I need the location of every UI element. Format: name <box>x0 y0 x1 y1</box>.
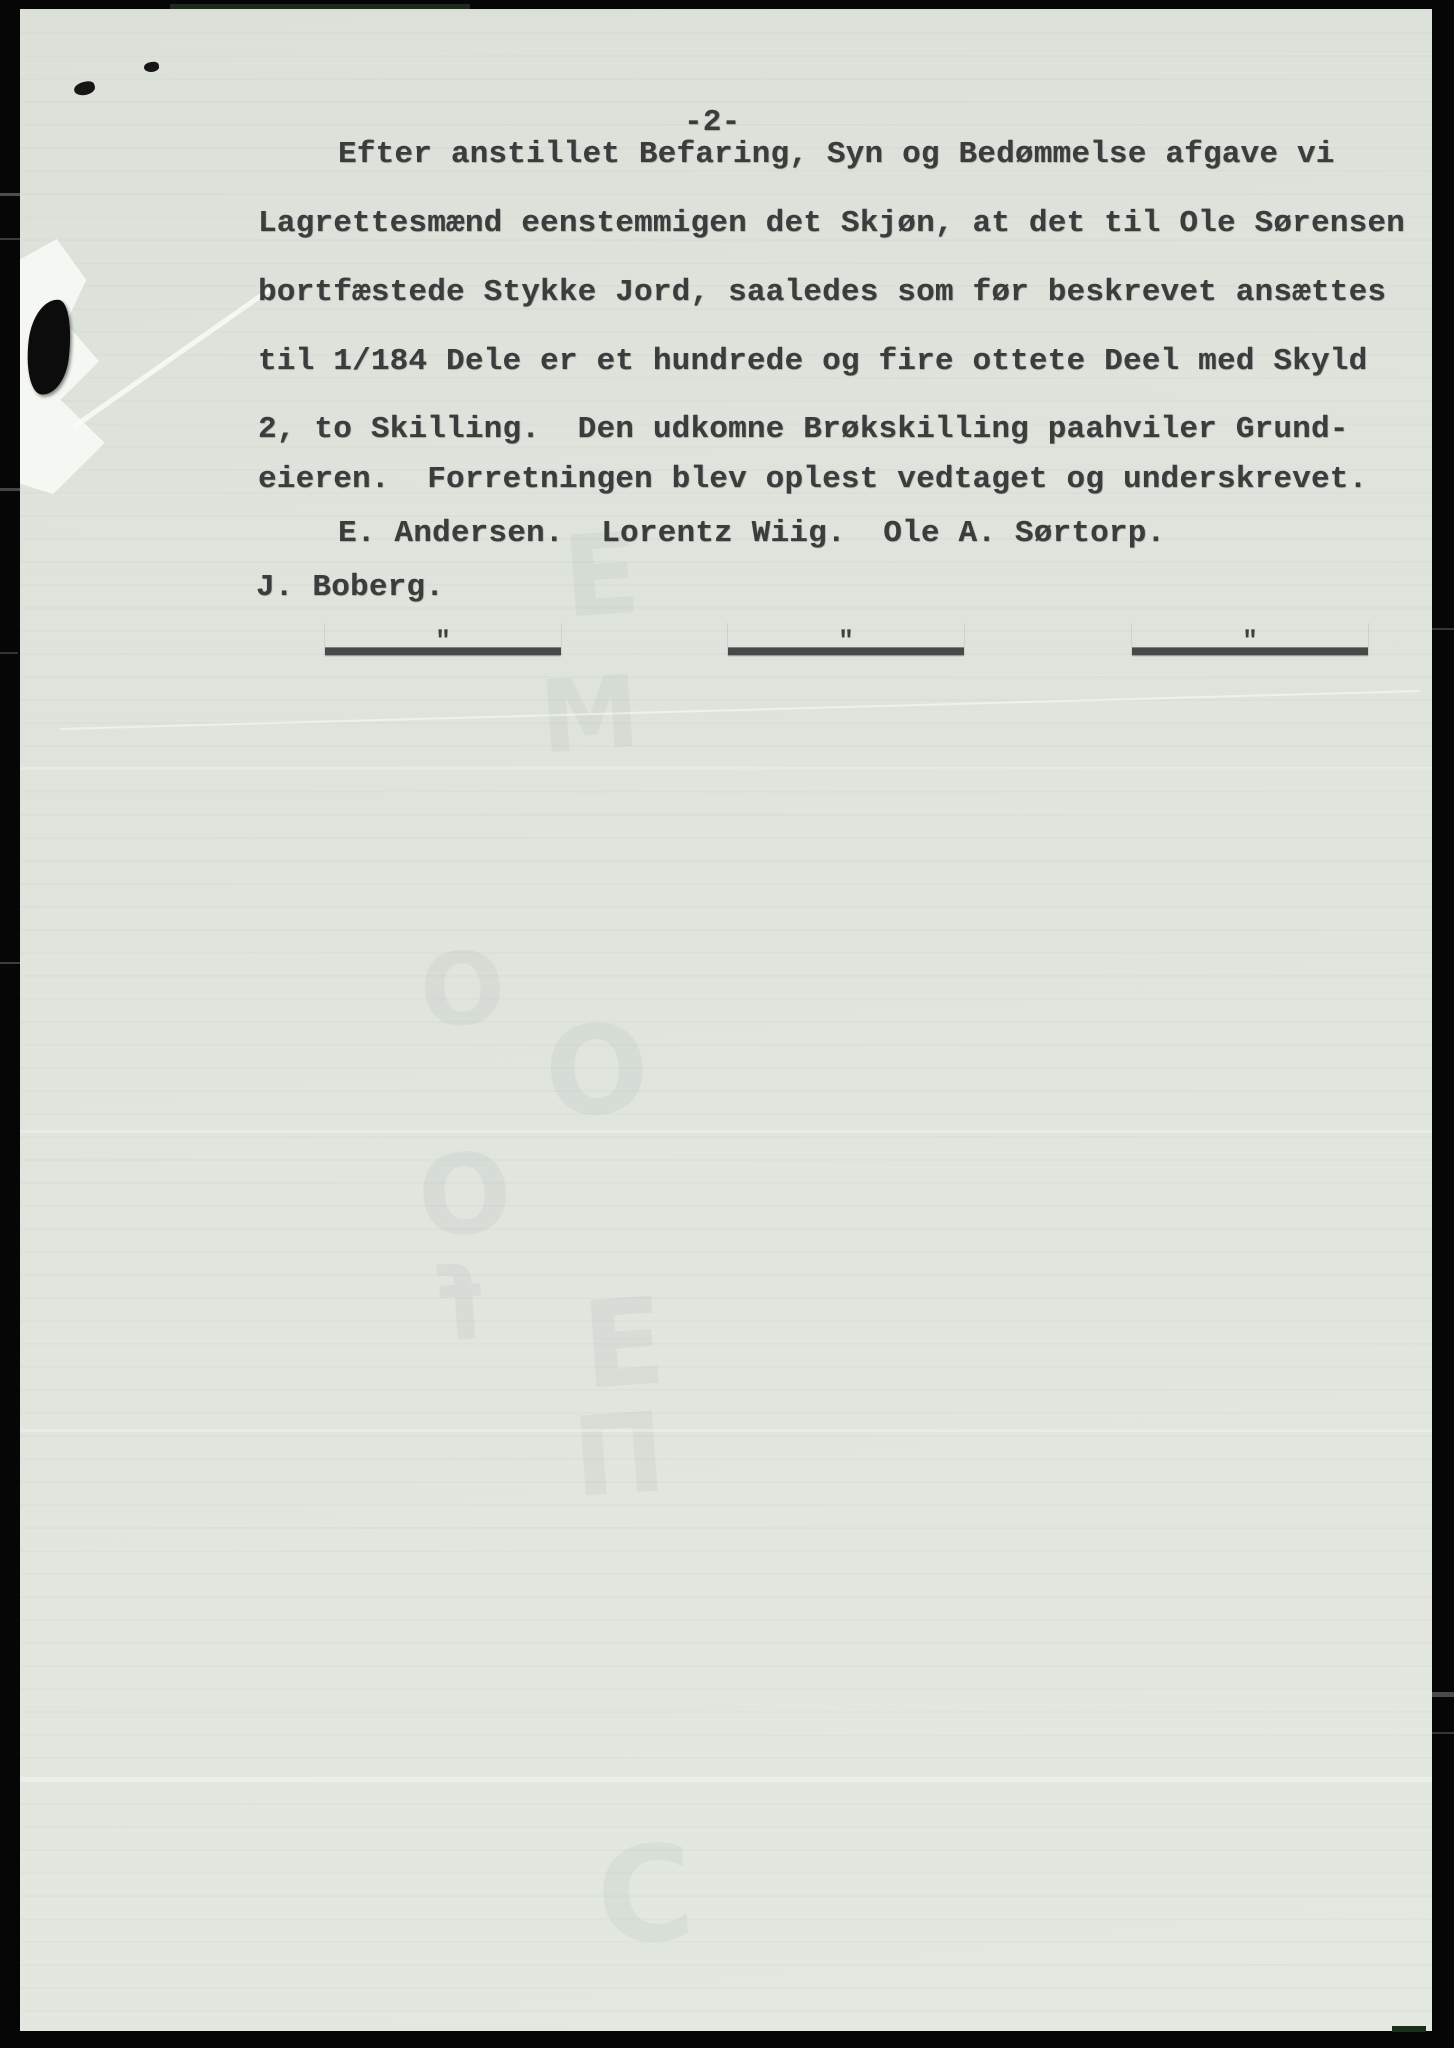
frame-streak <box>0 193 20 196</box>
watermark-glyph: Π <box>569 1397 669 1513</box>
watermark-glyph: f <box>437 1254 487 1357</box>
frame-streak <box>1432 1732 1454 1734</box>
frame-streak <box>170 4 470 9</box>
ditto-mark: " <box>838 626 854 656</box>
scan-band <box>20 1429 1432 1432</box>
watermark-glyph: O <box>541 1007 653 1136</box>
watermark-glyph: O <box>414 1137 515 1253</box>
watermark-glyph: Ǝ <box>581 1282 671 1407</box>
body-line: til 1/184 Dele er et hundrede og fire ot… <box>258 344 1367 379</box>
body-line: eieren. Forretningen blev oplest vedtage… <box>258 462 1367 497</box>
frame-streak <box>1432 628 1454 630</box>
signature-line: J. Boberg. <box>256 570 444 605</box>
paper-sheet: Ǝ M O O O f Ǝ Π Ɔ -2- Efter anstillet Be… <box>20 9 1432 2031</box>
ditto-separator: " <box>325 622 561 655</box>
watermark-glyph: Ɔ <box>591 1827 697 1965</box>
body-line: Efter anstillet Befaring, Syn og Bedømme… <box>338 137 1335 172</box>
ditto-separator: " <box>728 622 964 655</box>
signature-line: E. Andersen. Lorentz Wiig. Ole A. Sørtor… <box>338 516 1165 551</box>
body-line: bortfæstede Stykke Jord, saaledes som fø… <box>258 275 1386 310</box>
ink-speck <box>73 80 97 98</box>
page-number: -2- <box>684 105 740 140</box>
scan-band <box>20 1777 1432 1782</box>
scanned-document: Ǝ M O O O f Ǝ Π Ɔ -2- Efter anstillet Be… <box>0 0 1454 2048</box>
ditto-mark: " <box>435 626 451 656</box>
scan-band <box>20 767 1432 770</box>
body-line: Lagrettesmænd eenstemmigen det Skjøn, at… <box>258 206 1405 241</box>
ditto-separator: " <box>1132 622 1368 655</box>
scratch-line <box>60 690 1420 730</box>
frame-streak <box>0 962 20 964</box>
frame-streak <box>0 488 20 491</box>
frame-streak <box>1392 2026 1426 2032</box>
ditto-mark: " <box>1242 626 1258 656</box>
frame-streak <box>0 652 18 654</box>
ink-speck <box>143 61 159 73</box>
body-line: 2, to Skilling. Den udkomne Brøkskilling… <box>258 412 1349 447</box>
frame-streak <box>0 238 20 240</box>
paper-tear-edge <box>72 287 271 429</box>
frame-streak <box>1432 1692 1454 1697</box>
watermark-glyph: O <box>417 937 509 1043</box>
scan-band <box>20 1130 1432 1133</box>
